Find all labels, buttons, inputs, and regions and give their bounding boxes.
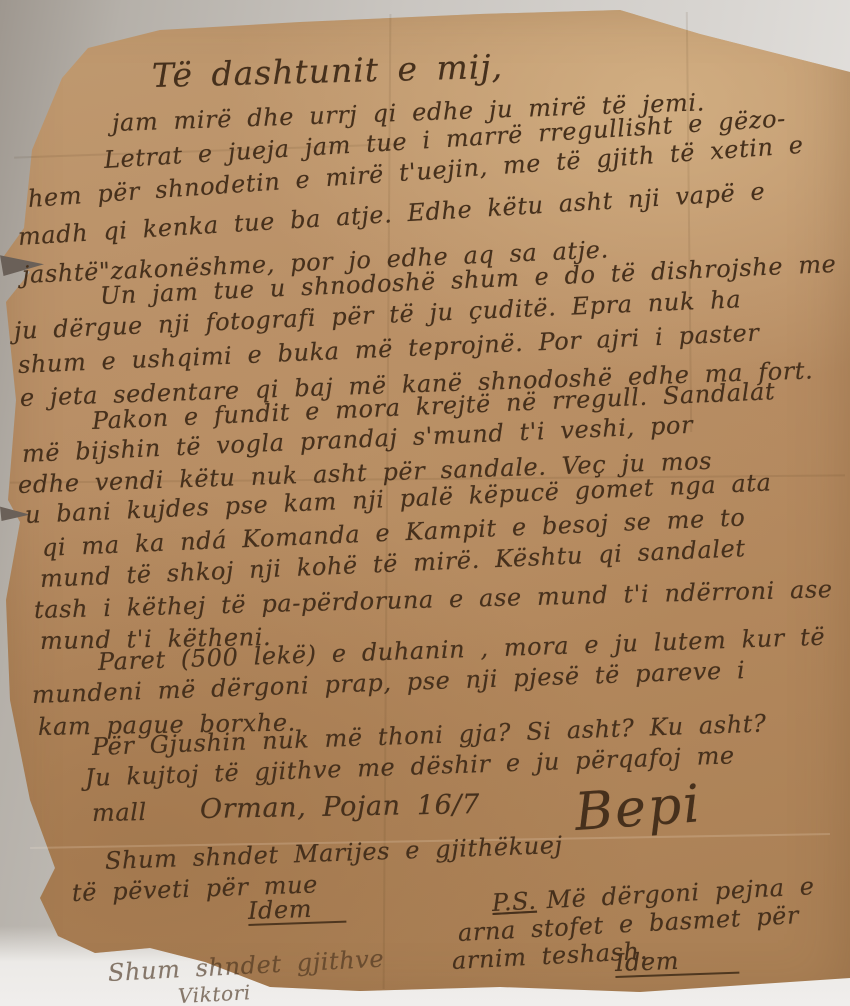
place-date: Orman, Pojan 16/7: [200, 790, 480, 825]
ps-signature: Idem: [615, 946, 740, 979]
letter-photo: Të dashtunit e mij, jam mirë dhe urrj qi…: [0, 0, 850, 1006]
footer-line: Viktori: [177, 981, 251, 1006]
signature: Bepi: [573, 776, 704, 842]
letter-line: mall: [92, 799, 147, 826]
ps-label: P.S.: [491, 887, 537, 917]
greeting-signature: Idem: [248, 895, 347, 927]
